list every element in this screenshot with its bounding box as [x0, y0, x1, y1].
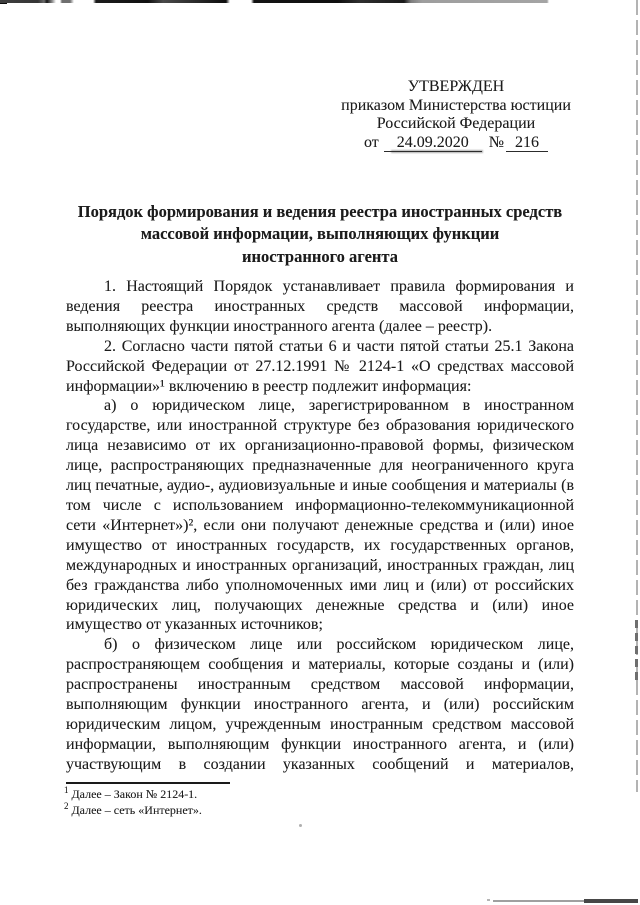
document-title: Порядок формирования и ведения реестра и…	[66, 201, 574, 268]
paragraph-2: 2. Согласно части пятой статьи 6 и части…	[66, 337, 574, 397]
footnote-1-text: Далее – Закон № 2124-1.	[72, 787, 198, 801]
paragraph-4: б) о физическом лице или российском юрид…	[66, 635, 574, 774]
footnote-1: 1Далее – Закон № 2124-1.	[64, 787, 464, 803]
document-page: УТВЕРЖДЕН приказом Министерства юстиции …	[0, 0, 640, 905]
approval-number-sign: №	[489, 134, 504, 151]
footnote-2-text: Далее – сеть «Интернет».	[72, 803, 202, 817]
scan-artifact-bottom-edge	[493, 900, 586, 902]
approval-issuer-line-1: приказом Министерства юстиции	[330, 97, 582, 116]
title-line-3: иностранного агента	[66, 246, 574, 268]
approval-date-line: от24.09.2020№216	[330, 134, 582, 153]
footnote-2-marker: 2	[64, 801, 69, 811]
footnote-2: 2Далее – сеть «Интернет».	[64, 803, 464, 819]
approval-issuer-line-2: Российской Федерации	[330, 115, 582, 134]
scan-artifact-top-corner	[0, 0, 7, 4]
scan-artifact-bottom-corner	[584, 899, 638, 903]
footnotes: 1Далее – Закон № 2124-1. 2Далее – сеть «…	[64, 787, 464, 818]
title-line-2: массовой информации, выполняющих функции	[66, 223, 574, 245]
paragraph-1: 1. Настоящий Порядок устанавливает прави…	[66, 277, 574, 337]
paragraph-3: а) о юридическом лице, зарегистрированно…	[66, 396, 574, 635]
scan-artifact-right-edge	[636, 0, 638, 792]
scan-artifact-top-edge	[0, 0, 640, 3]
footnote-1-marker: 1	[64, 785, 69, 795]
footnote-separator	[66, 782, 230, 784]
approval-date-value: 24.09.2020	[384, 134, 482, 152]
approval-block: УТВЕРЖДЕН приказом Министерства юстиции …	[330, 78, 582, 152]
title-line-1: Порядок формирования и ведения реестра и…	[66, 201, 574, 223]
document-body: 1. Настоящий Порядок устанавливает прави…	[66, 277, 574, 775]
scan-artifact-dot	[299, 824, 302, 827]
scan-artifact-speck	[487, 899, 490, 901]
scan-artifact-right-dashes	[635, 620, 638, 680]
approval-number-value: 216	[506, 134, 548, 152]
approval-status-line: УТВЕРЖДЕН	[330, 78, 582, 97]
approval-date-label: от	[364, 134, 379, 151]
